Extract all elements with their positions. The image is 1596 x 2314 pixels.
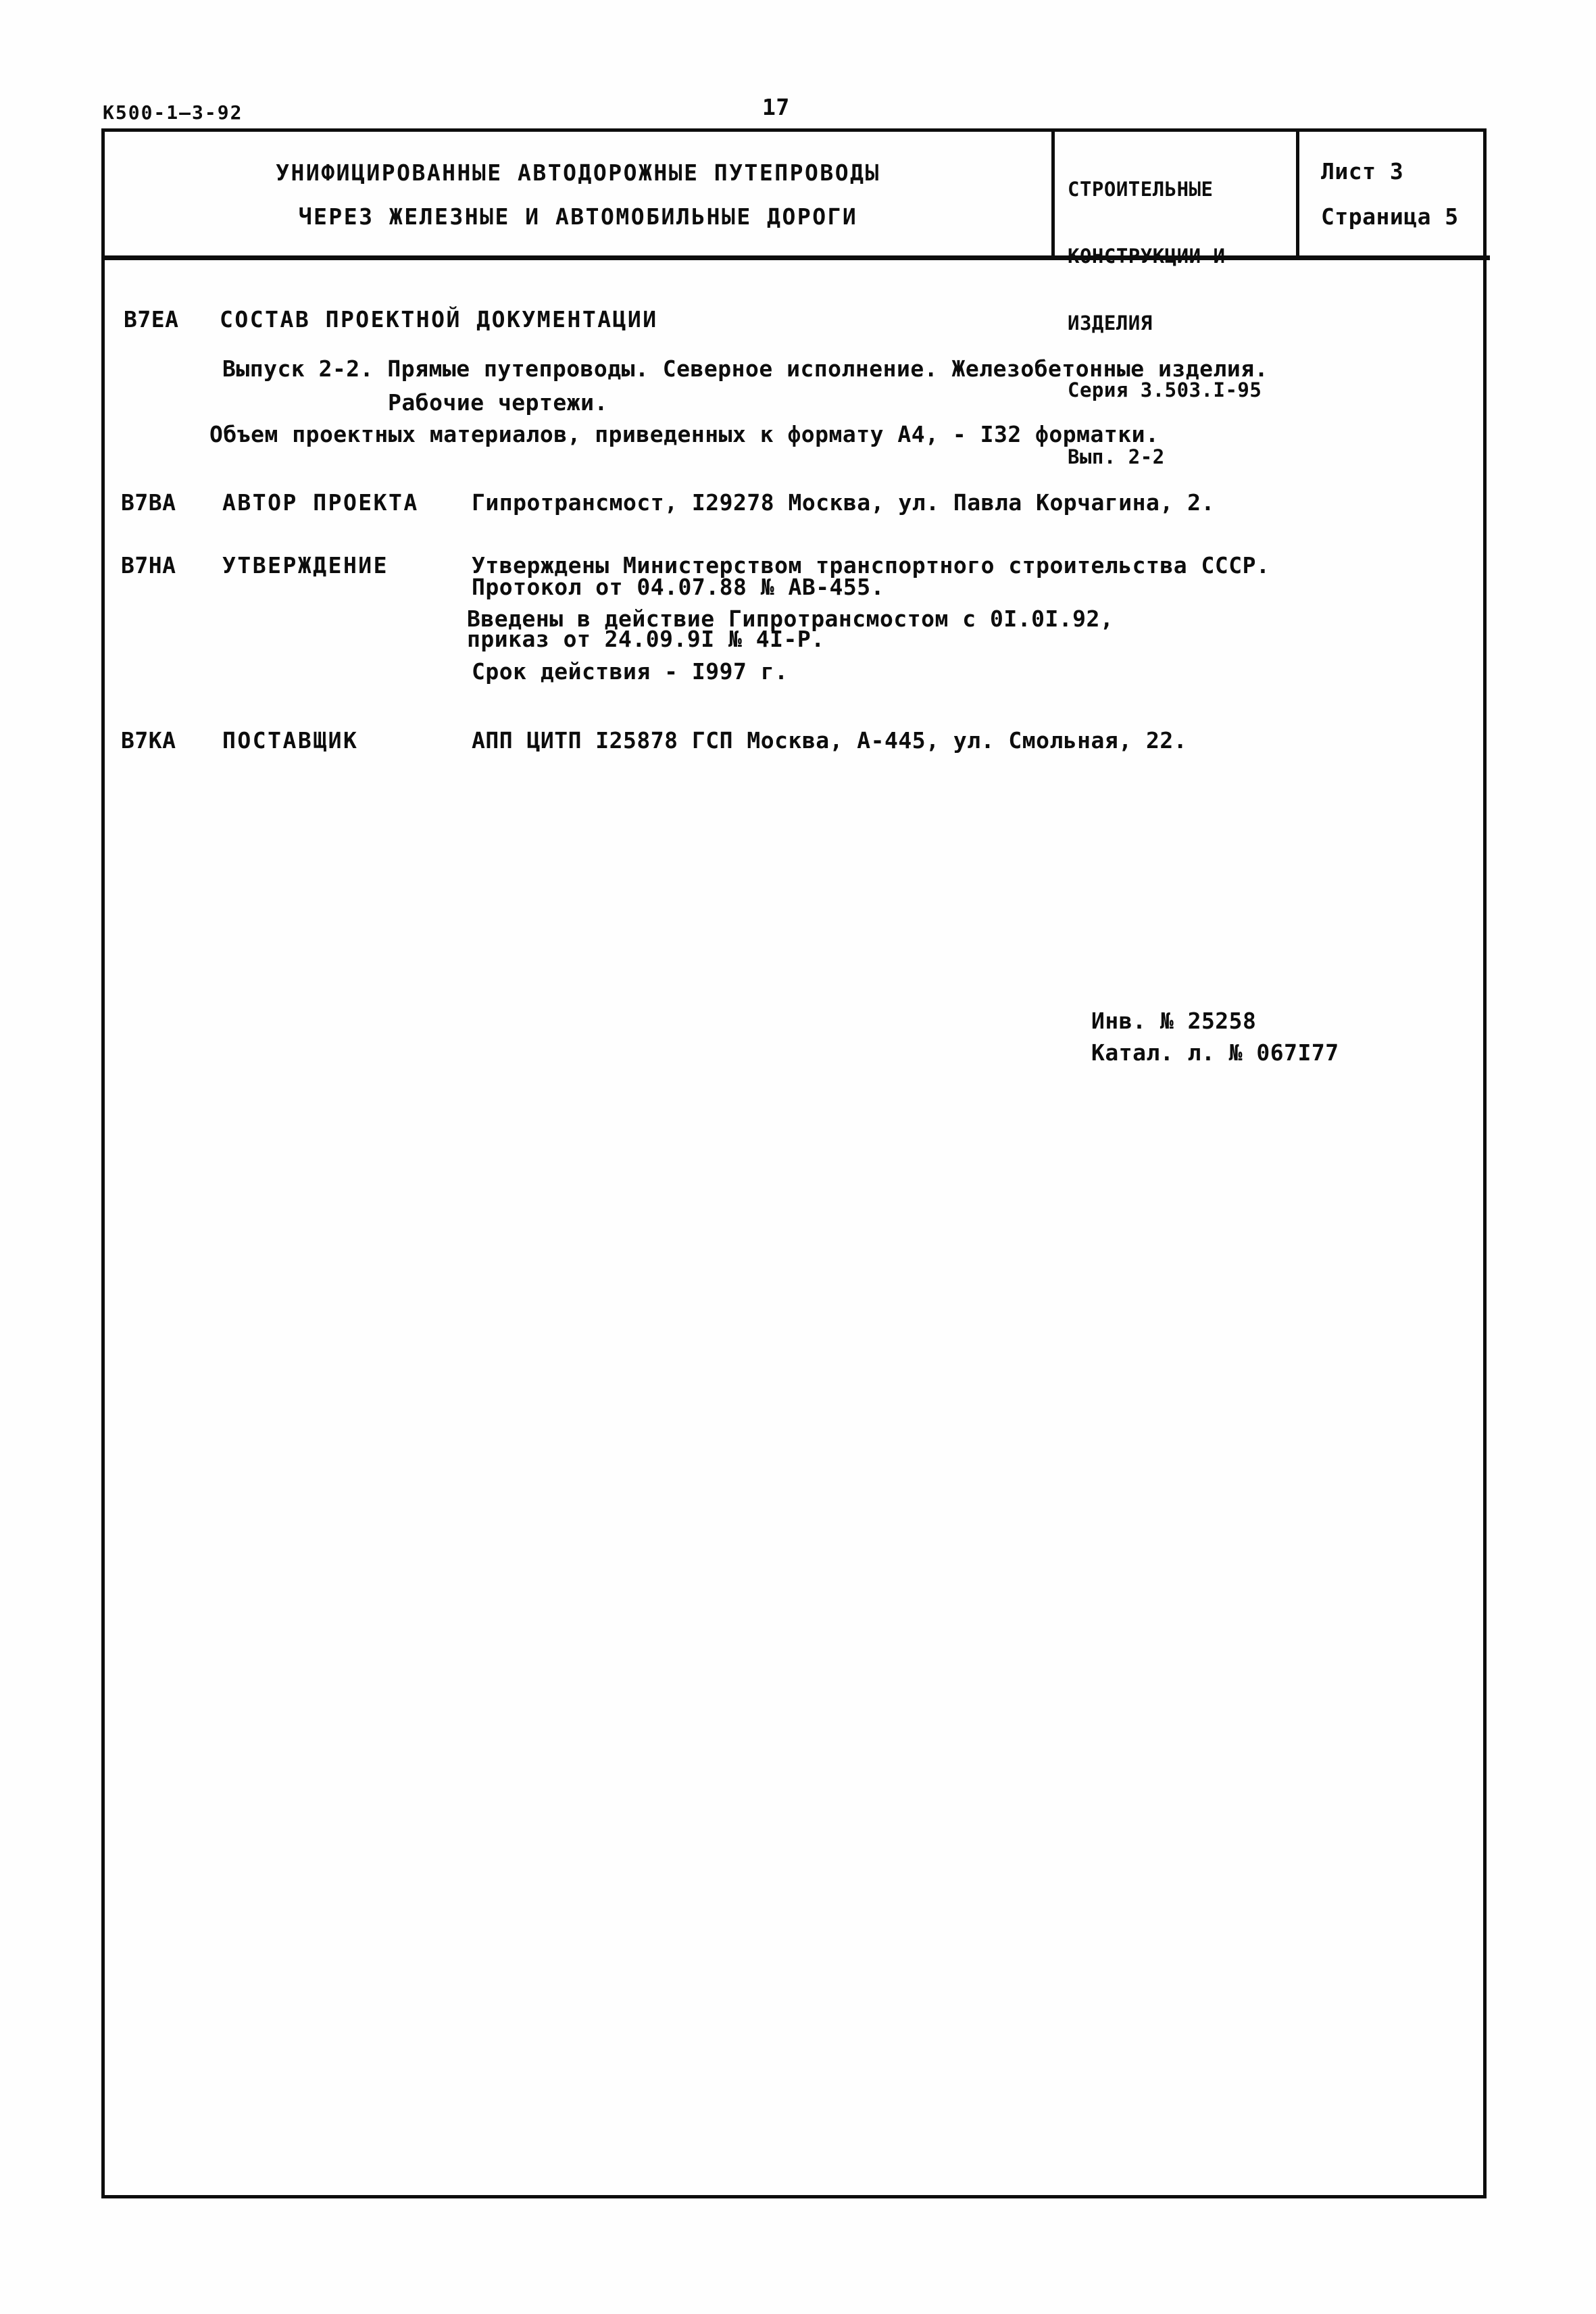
series-number: Серия 3.503.I-95 [1068, 379, 1295, 401]
issue-number: Вып. 2-2 [1068, 446, 1295, 468]
header-divider-2 [1296, 128, 1299, 259]
supplier-value: АПП ЦИТП I25878 ГСП Москва, А-445, ул. С… [472, 729, 1187, 752]
classification-line1: СТРОИТЕЛЬНЫЕ [1068, 178, 1295, 201]
section-title-composition: СОСТАВ ПРОЕКТНОЙ ДОКУМЕНТАЦИИ [220, 308, 658, 330]
approval-validity-line: Срок действия - I997 г. [472, 660, 788, 683]
approval-line2: Протокол от 04.07.88 № АВ-455. [472, 576, 884, 598]
sheet-label: Лист 3 [1321, 160, 1403, 182]
approval-line4: приказ от 24.09.9I № 4I-Р. [467, 628, 825, 650]
scanned-document-page: К500-1—3-92 17 УНИФИЦИРОВАННЫЕ АВТОДОРОЖ… [0, 0, 1596, 2314]
classification-line2: КОНСТРУКЦИИ И [1068, 245, 1295, 268]
document-code: К500-1—3-92 [103, 103, 243, 122]
document-title-line1: УНИФИЦИРОВАННЫЕ АВТОДОРОЖНЫЕ ПУТЕПРОВОДЫ [105, 162, 1051, 184]
page-number: 17 [762, 96, 790, 118]
section-title-author: АВТОР ПРОЕКТА [222, 491, 419, 514]
classification-cell: СТРОИТЕЛЬНЫЕ КОНСТРУКЦИИ И ИЗДЕЛИЯ Серия… [1068, 134, 1295, 513]
section-code-author: В7ВА [121, 491, 176, 514]
section-title-supplier: ПОСТАВЩИК [222, 729, 358, 752]
inventory-number: Инв. № 25258 [1091, 1010, 1256, 1032]
section-code-composition: В7ЕА [124, 308, 178, 330]
section-code-supplier: В7КА [121, 729, 176, 752]
classification-line3: ИЗДЕЛИЯ [1068, 312, 1295, 335]
header-divider-1 [1051, 128, 1055, 259]
title-cell: УНИФИЦИРОВАННЫЕ АВТОДОРОЖНЫЕ ПУТЕПРОВОДЫ… [105, 128, 1051, 257]
document-title-line2: ЧЕРЕЗ ЖЕЛЕЗНЫЕ И АВТОМОБИЛЬНЫЕ ДОРОГИ [105, 205, 1051, 228]
composition-volume-line: Объем проектных материалов, приведенных … [209, 423, 1159, 445]
section-code-approval: В7НА [121, 554, 176, 576]
composition-drawings-line: Рабочие чертежи. [388, 391, 608, 414]
composition-issue-line: Выпуск 2-2. Прямые путепроводы. Северное… [222, 358, 1268, 380]
catalog-number: Катал. л. № 067I77 [1091, 1041, 1339, 1064]
author-value: Гипротрансмост, I29278 Москва, ул. Павла… [472, 491, 1215, 514]
page-label: Страница 5 [1321, 205, 1459, 228]
section-title-approval: УТВЕРЖДЕНИЕ [222, 554, 389, 576]
